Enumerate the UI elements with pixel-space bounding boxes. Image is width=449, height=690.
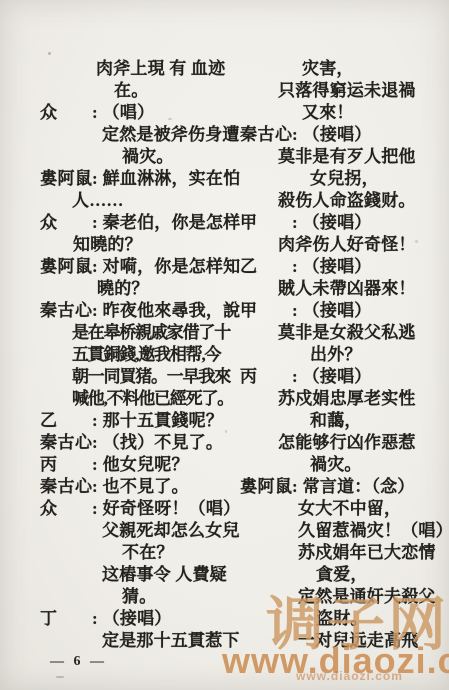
script-line: 丙:（接唱）	[240, 366, 449, 388]
line-text: 常言道：（念）	[303, 477, 415, 496]
line-text: 朝一同買猪。一早我來	[72, 367, 230, 386]
speaker-colon: :	[292, 476, 298, 498]
speaker-name: 甲	[240, 212, 292, 234]
speaker-colon: :	[92, 476, 98, 498]
speaker-name: 婁阿鼠	[240, 476, 292, 498]
line-text: 肉斧上現 有 血迹	[96, 59, 225, 78]
line-text: 莫非是女殺父私逃	[278, 323, 416, 342]
speaker-name: 秦古心	[40, 300, 92, 322]
script-line: 婁阿鼠:鮮血淋淋，实在怕	[40, 168, 240, 190]
speaker-colon: :	[92, 410, 98, 432]
script-line: 定然是被斧伤身遭	[40, 124, 240, 146]
line-text: 好奇怪呀！（唱）	[103, 499, 241, 518]
line-text: 他女兒呢？	[103, 455, 189, 474]
line-text: 灾害，	[302, 59, 354, 78]
speaker-colon: :	[292, 366, 298, 388]
script-line: 五貫銅錢,邀我相帮,今	[40, 344, 240, 366]
line-text: （唱）	[103, 103, 155, 122]
line-text: （找）不見了。	[103, 433, 223, 452]
script-line: 知曉的？	[40, 234, 240, 256]
script-line: 猜。	[40, 586, 240, 608]
script-line: 禍灾。	[240, 454, 449, 476]
script-line: 婁阿鼠:对嗬，你是怎样知	[40, 256, 240, 278]
line-text: （接唱）	[103, 609, 172, 628]
line-text: 对嗬，你是怎样知	[103, 257, 241, 276]
script-line: 众:秦老伯，你是怎样	[40, 212, 240, 234]
script-line: 賊人未帶凶器來！	[240, 278, 449, 300]
script-line: 秦古心:也不見了。	[40, 476, 240, 498]
speaker-name: 丁	[40, 608, 92, 630]
left-column: 肉斧上現 有 血迹在。众:（唱）定然是被斧伤身遭禍灾。婁阿鼠:鮮血淋淋，实在怕人…	[40, 58, 240, 652]
script-line: 只落得窮运未退禍	[240, 80, 449, 102]
script-line: 人……	[40, 190, 240, 212]
speaker-name: 婁阿鼠	[40, 256, 92, 278]
line-text: 苏戍娟年已大恋情	[298, 543, 436, 562]
script-line: 又來！	[240, 102, 449, 124]
scan-speckle	[415, 240, 418, 243]
script-line: 在。	[40, 80, 240, 102]
line-text: 和藹，	[310, 411, 362, 430]
speaker-colon: :	[92, 212, 98, 234]
script-line: 是在皋桥親戚家借了十	[40, 322, 240, 344]
script-line: 苏戍娟忠厚老实性	[240, 388, 449, 410]
speaker-name: 甲	[240, 300, 292, 322]
speaker-colon: :	[92, 256, 98, 278]
scan-speckle	[140, 600, 143, 602]
speaker-name: 丙	[40, 454, 92, 476]
script-line: 父親死却怎么女兒	[40, 520, 240, 542]
line-text: 也不見了。	[103, 477, 189, 496]
speaker-colon: :	[292, 212, 298, 234]
script-line: 怎能够行凶作惡惹	[240, 432, 449, 454]
speaker-colon: :	[92, 168, 98, 190]
speaker-name: 婁阿鼠	[40, 168, 92, 190]
line-text: 肉斧伤人好奇怪！	[278, 235, 416, 254]
speaker-name: 众	[40, 498, 92, 520]
script-line: 久留惹禍灾！（唱）	[240, 520, 449, 542]
speaker-colon: :	[292, 300, 298, 322]
line-text: 久留惹禍灾！（唱）	[298, 521, 449, 540]
line-text: 猜。	[122, 587, 156, 606]
script-line: 女兒拐，	[240, 168, 449, 190]
line-text: （接唱）	[303, 257, 372, 276]
line-text: 在。	[114, 81, 148, 100]
script-line: 这樁事令 人費疑	[40, 564, 240, 586]
speaker-name: 乙	[240, 256, 292, 278]
script-line: 秦古心:（接唱）	[240, 124, 449, 146]
scan-speckle	[168, 118, 172, 120]
script-line: 朝一同買猪。一早我來	[40, 366, 240, 388]
script-line: 婁阿鼠:常言道：（念）	[240, 476, 449, 498]
speaker-colon: :	[92, 102, 98, 124]
line-text: 又來！	[302, 103, 354, 122]
script-line: 丁:（接唱）	[40, 608, 240, 630]
script-line: 出外？	[240, 344, 449, 366]
line-text: 是在皋桥親戚家借了十	[72, 323, 230, 342]
speaker-colon: :	[92, 454, 98, 476]
line-text: 曉的？	[97, 279, 149, 298]
script-line: 貪爱，	[240, 564, 449, 586]
speaker-name: 众	[40, 212, 92, 234]
line-text: 秦老伯，你是怎样	[103, 213, 241, 232]
script-line: 曉的？	[40, 278, 240, 300]
right-column: 灾害，只落得窮运未退禍又來！秦古心:（接唱）莫非是有歹人把他女兒拐，殺伤人命盗錢…	[240, 58, 449, 652]
line-text: 不在？	[122, 543, 174, 562]
script-line: 定是那十五貫惹下	[40, 630, 240, 652]
line-text: （接唱）	[303, 125, 372, 144]
script-line: 甲:（接唱）	[240, 300, 449, 322]
line-text: 父親死却怎么女兒	[102, 521, 240, 540]
line-text: 知曉的？	[73, 235, 142, 254]
speaker-name: 秦古心	[40, 432, 92, 454]
line-text: （接唱）	[303, 367, 372, 386]
line-text: 怎能够行凶作惡惹	[278, 433, 416, 452]
line-text: 賊人未帶凶器來！	[278, 279, 416, 298]
line-text: 殺伤人命盗錢财。	[278, 191, 416, 210]
line-text: 定然是被斧伤身遭	[102, 125, 240, 144]
speaker-name: 众	[40, 102, 92, 124]
script-line: 莫非是有歹人把他	[240, 146, 449, 168]
line-text: 出外？	[310, 345, 362, 364]
speaker-name: 乙	[40, 410, 92, 432]
line-text: 莫非是有歹人把他	[278, 147, 416, 166]
script-line: 众:好奇怪呀！（唱）	[40, 498, 240, 520]
scan-speckle	[225, 430, 227, 433]
script-line: 和藹，	[240, 410, 449, 432]
scanned-page: 肉斧上現 有 血迹在。众:（唱）定然是被斧伤身遭禍灾。婁阿鼠:鮮血淋淋，实在怕人…	[0, 0, 449, 690]
script-line: 喊他,不料他已經死了。	[40, 388, 240, 410]
scan-speckle	[56, 676, 64, 678]
line-text: 喊他,不料他已經死了。	[72, 389, 233, 408]
line-text: 只落得窮运未退禍	[278, 81, 416, 100]
script-line: 灾害，	[240, 58, 449, 80]
line-text: 苏戍娟忠厚老实性	[278, 389, 416, 408]
line-text: 禍灾。	[310, 455, 362, 474]
line-text: （接唱）	[303, 213, 372, 232]
speaker-colon: :	[92, 432, 98, 454]
script-line: 不在？	[40, 542, 240, 564]
script-line: 乙:（接唱）	[240, 256, 449, 278]
script-line: 甲:（接唱）	[240, 212, 449, 234]
script-line: 肉斧上現 有 血迹	[40, 58, 240, 80]
line-text: 这樁事令 人費疑	[102, 565, 227, 584]
script-line: 苏戍娟年已大恋情	[240, 542, 449, 564]
script-line: 乙:那十五貫錢呢？	[40, 410, 240, 432]
script-line: 众:（唱）	[40, 102, 240, 124]
line-text: （接唱）	[303, 301, 372, 320]
scan-speckle	[48, 52, 51, 55]
line-text: 那十五貫錢呢？	[103, 411, 223, 430]
script-line: 莫非是女殺父私逃	[240, 322, 449, 344]
line-text: 定是那十五貫惹下	[102, 631, 240, 650]
line-text: 人……	[72, 191, 124, 210]
script-line: 肉斧伤人好奇怪！	[240, 234, 449, 256]
speaker-colon: :	[92, 300, 98, 322]
line-text: 昨夜他來尋我，說	[103, 301, 241, 320]
speaker-colon: :	[92, 498, 98, 520]
line-text: 貪爱，	[316, 565, 368, 584]
watermark-url-small: www.diaozi.com	[296, 669, 403, 683]
line-text: 五貫銅錢,邀我相帮,今	[72, 345, 220, 364]
script-line: 丙:他女兒呢？	[40, 454, 240, 476]
line-text: 鮮血淋淋，实在怕	[103, 169, 241, 188]
speaker-colon: :	[292, 256, 298, 278]
script-line: 秦古心:昨夜他來尋我，說	[40, 300, 240, 322]
script-line: 禍灾。	[40, 146, 240, 168]
script-line: 殺伤人命盗錢财。	[240, 190, 449, 212]
speaker-colon: :	[92, 608, 98, 630]
speaker-name: 丙	[240, 366, 292, 388]
page-number: — 6 —	[50, 654, 107, 670]
line-text: 女兒拐，	[310, 169, 379, 188]
speaker-name: 秦古心	[40, 476, 92, 498]
speaker-name: 秦古心	[240, 124, 292, 146]
line-text: 女大不中留，	[298, 499, 401, 518]
speaker-colon: :	[292, 124, 298, 146]
script-line: 女大不中留，	[240, 498, 449, 520]
line-text: 禍灾。	[122, 147, 174, 166]
script-line: 秦古心:（找）不見了。	[40, 432, 240, 454]
